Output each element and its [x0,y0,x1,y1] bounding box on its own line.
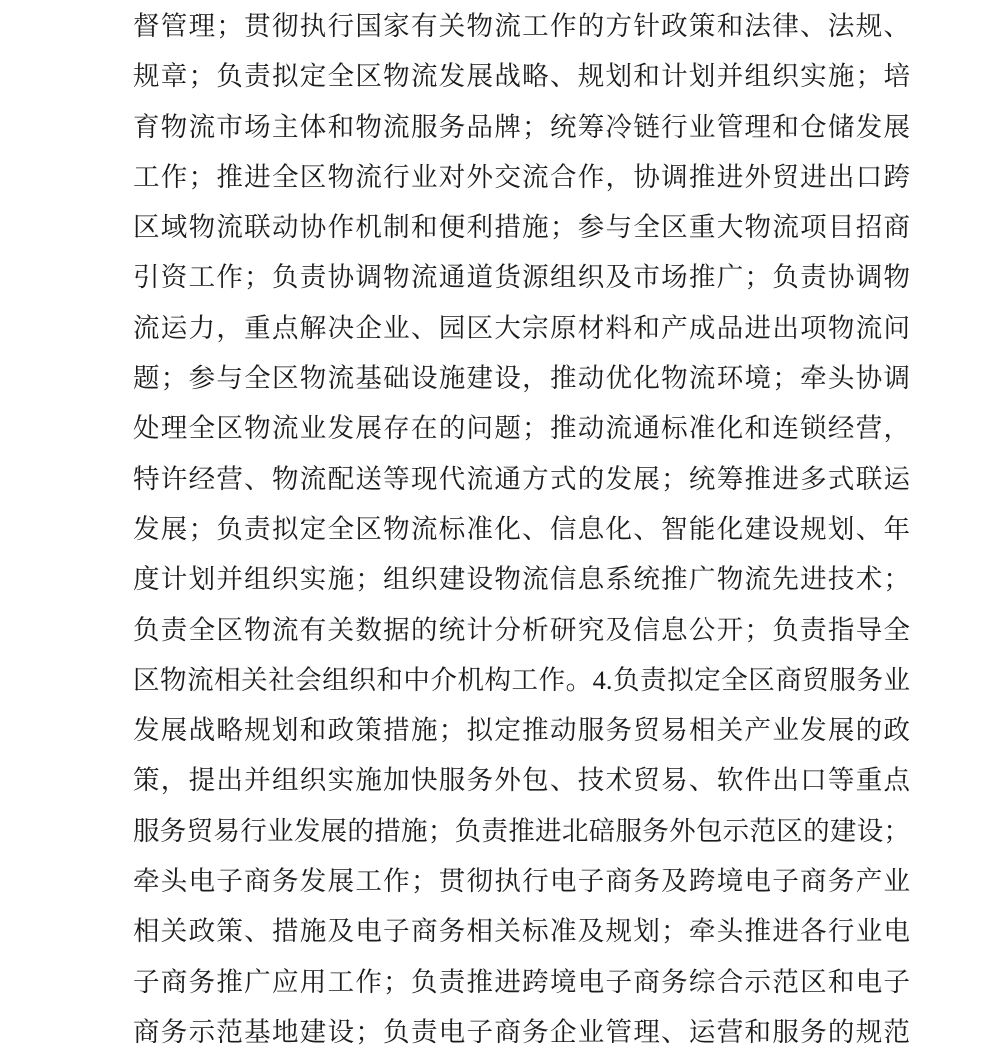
text-line: 规章；负责拟定全区物流发展战略、规划和计划并组织实施；培 [133,51,910,101]
text-line: 题；参与全区物流基础设施建设，推动优化物流环境；牵头协调 [133,353,910,403]
text-line: 育物流市场主体和物流服务品牌；统筹冷链行业管理和仓储发展 [133,102,910,152]
text-line: 工作；推进全区物流行业对外交流合作，协调推进外贸进出口跨 [133,152,910,202]
text-line: 特许经营、物流配送等现代流通方式的发展；统筹推进多式联运 [133,454,910,504]
text-line: 区物流相关社会组织和中介机构工作。4.负责拟定全区商贸服务业 [133,655,910,705]
text-line: 负责全区物流有关数据的统计分析研究及信息公开；负责指导全 [133,605,910,655]
text-line: 流运力，重点解决企业、园区大宗原材料和产成品进出项物流问 [133,303,910,353]
text-line: 发展战略规划和政策措施；拟定推动服务贸易相关产业发展的政 [133,705,910,755]
text-line: 策，提出并组织实施加快服务外包、技术贸易、软件出口等重点 [133,755,910,805]
text-line: 督管理；贯彻执行国家有关物流工作的方针政策和法律、法规、 [133,1,910,51]
text-line: 处理全区物流业发展存在的问题；推动流通标准化和连锁经营， [133,403,910,453]
text-line: 区域物流联动协作机制和便利措施；参与全区重大物流项目招商 [133,202,910,252]
text-line: 引资工作；负责协调物流通道货源组织及市场推广；负责协调物 [133,252,910,302]
text-line: 发展；负责拟定全区物流标准化、信息化、智能化建设规划、年 [133,504,910,554]
document-page: 督管理；贯彻执行国家有关物流工作的方针政策和法律、法规、规章；负责拟定全区物流发… [0,0,1000,1059]
text-line: 子商务推广应用工作；负责推进跨境电子商务综合示范区和电子 [133,957,910,1007]
paragraph: 督管理；贯彻执行国家有关物流工作的方针政策和法律、法规、规章；负责拟定全区物流发… [133,1,910,1057]
text-line: 商务示范基地建设；负责电子商务企业管理、运营和服务的规范 [133,1007,910,1057]
text-line: 相关政策、措施及电子商务相关标准及规划；牵头推进各行业电 [133,906,910,956]
text-line: 度计划并组织实施；组织建设物流信息系统推广物流先进技术； [133,554,910,604]
text-line: 牵头电子商务发展工作；贯彻执行电子商务及跨境电子商务产业 [133,856,910,906]
text-line: 服务贸易行业发展的措施；负责推进北碚服务外包示范区的建设； [133,806,910,856]
